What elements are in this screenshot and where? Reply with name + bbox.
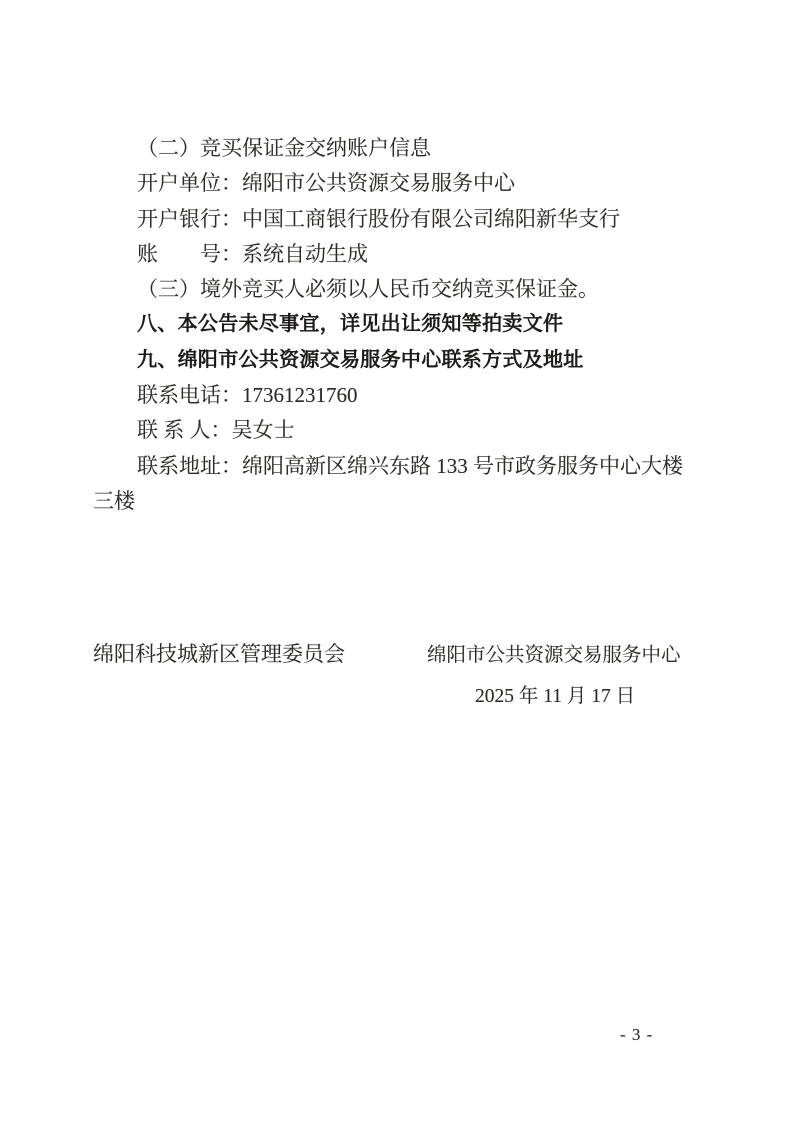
signature-date: 2025 年 11 月 17 日 xyxy=(475,684,635,710)
doc-line-contact-address: 联系地址：绵阳高新区绵兴东路 133 号市政务服务中心大楼 xyxy=(93,449,713,484)
doc-line-account-number: 账 号：系统自动生成 xyxy=(93,237,713,272)
document-page: （二）竞买保证金交纳账户信息 开户单位：绵阳市公共资源交易服务中心 开户银行：中… xyxy=(0,0,793,1122)
document-body: （二）竞买保证金交纳账户信息 开户单位：绵阳市公共资源交易服务中心 开户银行：中… xyxy=(93,131,713,519)
doc-line-address-continuation: 三楼 xyxy=(93,484,713,519)
doc-line-contact-person: 联 系 人：吴女士 xyxy=(93,413,713,448)
signature-right-org: 绵阳市公共资源交易服务中心 xyxy=(427,643,681,669)
doc-line-contact-phone: 联系电话：17361231760 xyxy=(93,378,713,413)
doc-line-item-8: 八、本公告未尽事宜，详见出让须知等拍卖文件 xyxy=(93,307,713,342)
doc-line-bank-name: 开户银行：中国工商银行股份有限公司绵阳新华支行 xyxy=(93,202,713,237)
doc-line-section-2-heading: （二）竞买保证金交纳账户信息 xyxy=(93,131,713,166)
doc-line-account-holder: 开户单位：绵阳市公共资源交易服务中心 xyxy=(93,166,713,201)
page-number: - 3 - xyxy=(620,1024,653,1046)
signature-left-org: 绵阳科技城新区管理委员会 xyxy=(93,641,345,667)
doc-line-item-9: 九、绵阳市公共资源交易服务中心联系方式及地址 xyxy=(93,343,713,378)
doc-line-section-3-clause: （三）境外竞买人必须以人民币交纳竞买保证金。 xyxy=(93,272,713,307)
